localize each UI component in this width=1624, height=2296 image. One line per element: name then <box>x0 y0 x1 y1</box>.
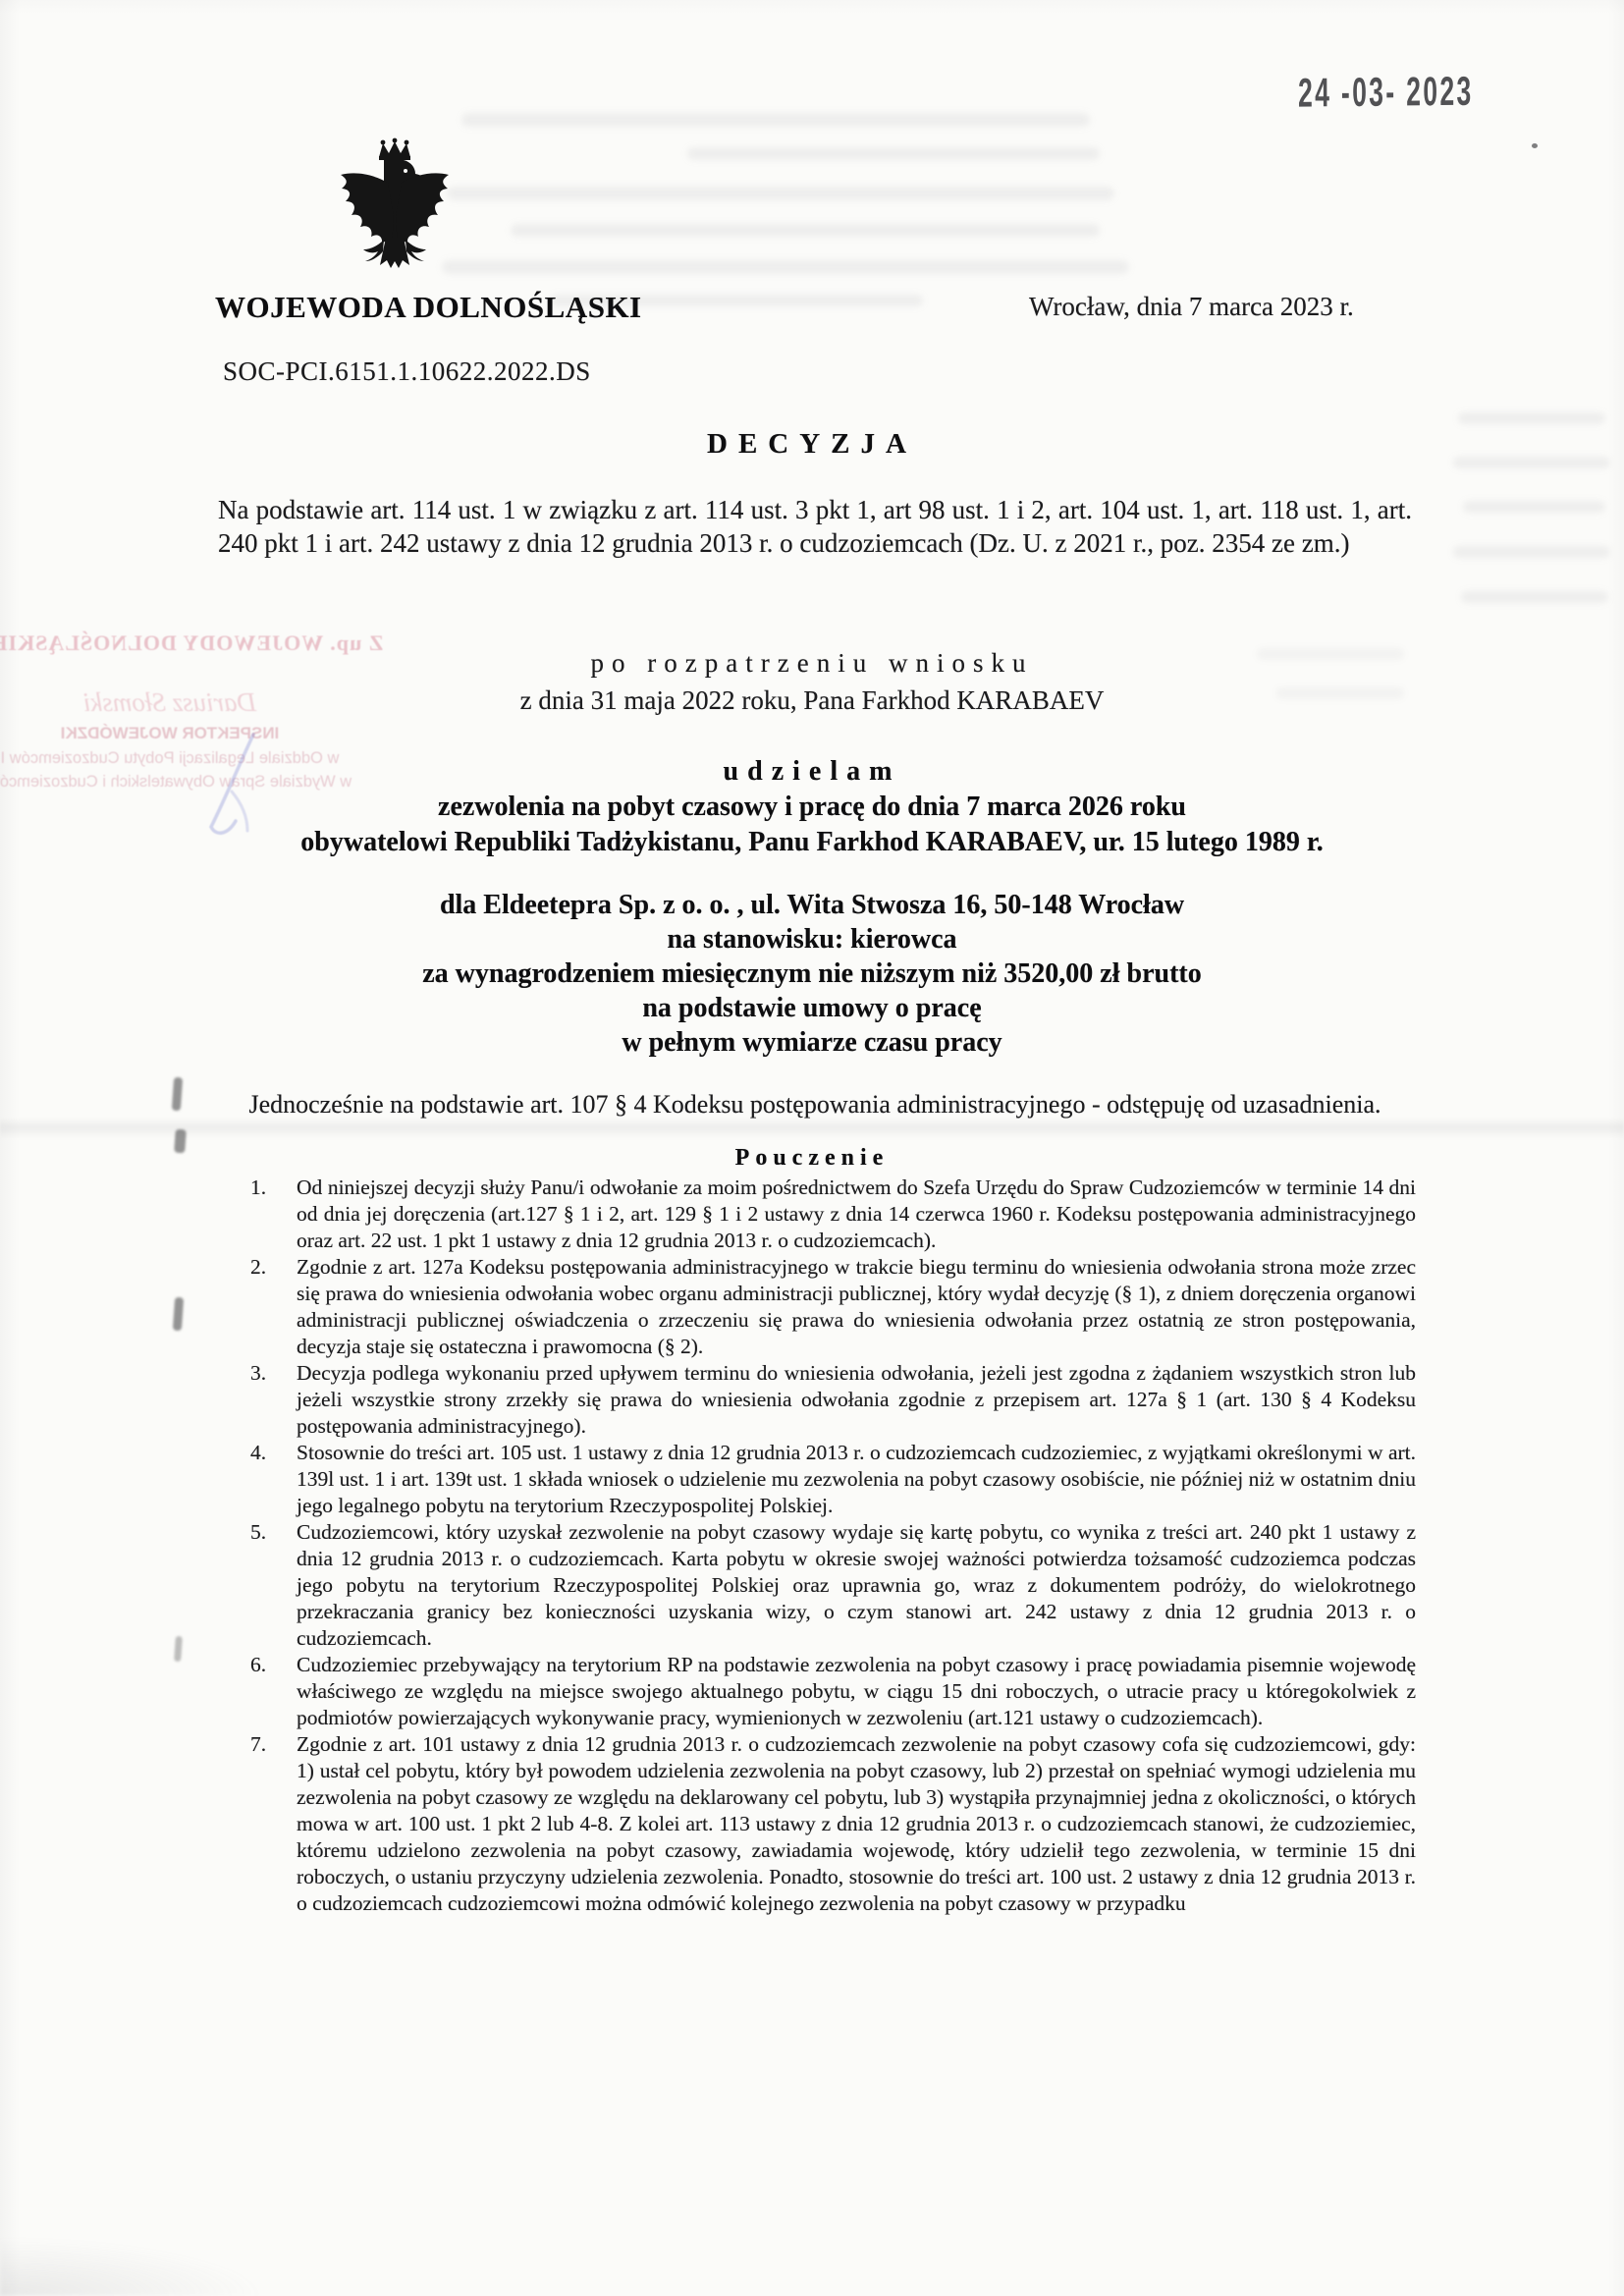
item-number: 5. <box>250 1519 297 1546</box>
scan-ghost-smudge <box>1458 412 1605 424</box>
item-text: Zgodnie z art. 101 ustawy z dnia 12 grud… <box>297 1731 1416 1917</box>
item-text: Zgodnie z art. 127a Kodeksu postępowania… <box>297 1254 1416 1360</box>
item-number: 4. <box>250 1440 297 1466</box>
instruction-item: 3. Decyzja podlega wykonaniu przed upływ… <box>250 1360 1416 1440</box>
item-number: 6. <box>250 1652 297 1678</box>
scan-ghost-smudge <box>447 187 1114 200</box>
consideration-line-2: z dnia 31 maja 2022 roku, Pana Farkhod K… <box>0 685 1624 716</box>
employer-line: na stanowisku: kierowca <box>0 924 1624 956</box>
item-number: 1. <box>250 1175 297 1201</box>
consideration-line-1: po rozpatrzeniu wniosku <box>0 648 1624 679</box>
scan-ghost-smudge <box>461 113 1090 127</box>
stamp-ink-dot <box>1532 143 1538 148</box>
item-text: Cudzoziemiec przebywający na terytorium … <box>297 1652 1416 1731</box>
employer-line: w pełnym wymiarze czasu pracy <box>0 1027 1624 1059</box>
scan-ghost-smudge <box>511 224 1100 237</box>
employer-line: na podstawie umowy o pracę <box>0 993 1624 1024</box>
item-text: Od niniejszej decyzji służy Panu/i odwoł… <box>297 1175 1416 1254</box>
instruction-item: 1. Od niniejszej decyzji służy Panu/i od… <box>250 1175 1416 1254</box>
grant-keyword: udzielam <box>0 756 1624 788</box>
document-title: DECYZJA <box>0 428 1624 461</box>
instruction-list: 1. Od niniejszej decyzji służy Panu/i od… <box>250 1175 1416 1917</box>
bleedthrough-line: INSPEKTOR WOJEWÓDZKI <box>0 724 401 743</box>
item-number: 2. <box>250 1254 297 1281</box>
corner-wrinkle-shadow <box>0 2237 265 2296</box>
date-received-stamp: 24 -03- 2023 <box>1298 69 1474 118</box>
issuing-authority: WOJEWODA DOLNOŚLĄSKI <box>215 290 642 325</box>
item-number: 7. <box>250 1731 297 1758</box>
polish-eagle-emblem <box>335 137 455 285</box>
case-number: SOC-PCI.6151.1.10622.2022.DS <box>223 356 591 387</box>
place-and-date: Wrocław, dnia 7 marca 2023 r. <box>1029 292 1354 322</box>
instruction-heading: Pouczenie <box>0 1145 1624 1172</box>
left-edge-ink-mark <box>172 1077 183 1112</box>
decision-line: zezwolenia na pobyt czasowy i pracę do d… <box>0 792 1624 823</box>
legal-basis-paragraph: Na podstawie art. 114 ust. 1 w związku z… <box>218 493 1412 560</box>
instruction-item: 7. Zgodnie z art. 101 ustawy z dnia 12 g… <box>250 1731 1416 1917</box>
justification-waiver: Jednocześnie na podstawie art. 107 § 4 K… <box>218 1090 1412 1120</box>
scan-ghost-smudge <box>687 147 1100 160</box>
scan-ghost-smudge <box>1453 546 1610 558</box>
item-text: Stosownie do treści art. 105 ust. 1 usta… <box>297 1440 1416 1519</box>
left-edge-ink-mark <box>173 1297 184 1332</box>
item-number: 3. <box>250 1360 297 1387</box>
instruction-item: 6. Cudzoziemiec przebywający na terytori… <box>250 1652 1416 1731</box>
scan-ghost-smudge <box>442 260 1129 274</box>
employer-line: dla Eldeetepra Sp. z o. o. , ul. Wita St… <box>0 890 1624 921</box>
scan-ghost-smudge <box>1463 501 1605 513</box>
instruction-item: 5. Cudzoziemcowi, który uzyskał zezwolen… <box>250 1519 1416 1652</box>
item-text: Decyzja podlega wykonaniu przed upływem … <box>297 1360 1416 1440</box>
left-edge-ink-mark <box>174 1636 183 1662</box>
employer-line: za wynagrodzeniem miesięcznym nie niższy… <box>0 958 1624 990</box>
scanned-document-page: 24 -03- 2023 Z up. WOJEWODY DOLNOŚLĄSKIE… <box>0 0 1624 2296</box>
paper-fold-crease <box>0 1118 1624 1139</box>
scan-ghost-smudge <box>1461 591 1608 603</box>
instruction-item: 2. Zgodnie z art. 127a Kodeksu postępowa… <box>250 1254 1416 1360</box>
instruction-item: 4. Stosownie do treści art. 105 ust. 1 u… <box>250 1440 1416 1519</box>
item-text: Cudzoziemcowi, który uzyskał zezwolenie … <box>297 1519 1416 1652</box>
decision-line: obywatelowi Republiki Tadżykistanu, Panu… <box>0 827 1624 858</box>
